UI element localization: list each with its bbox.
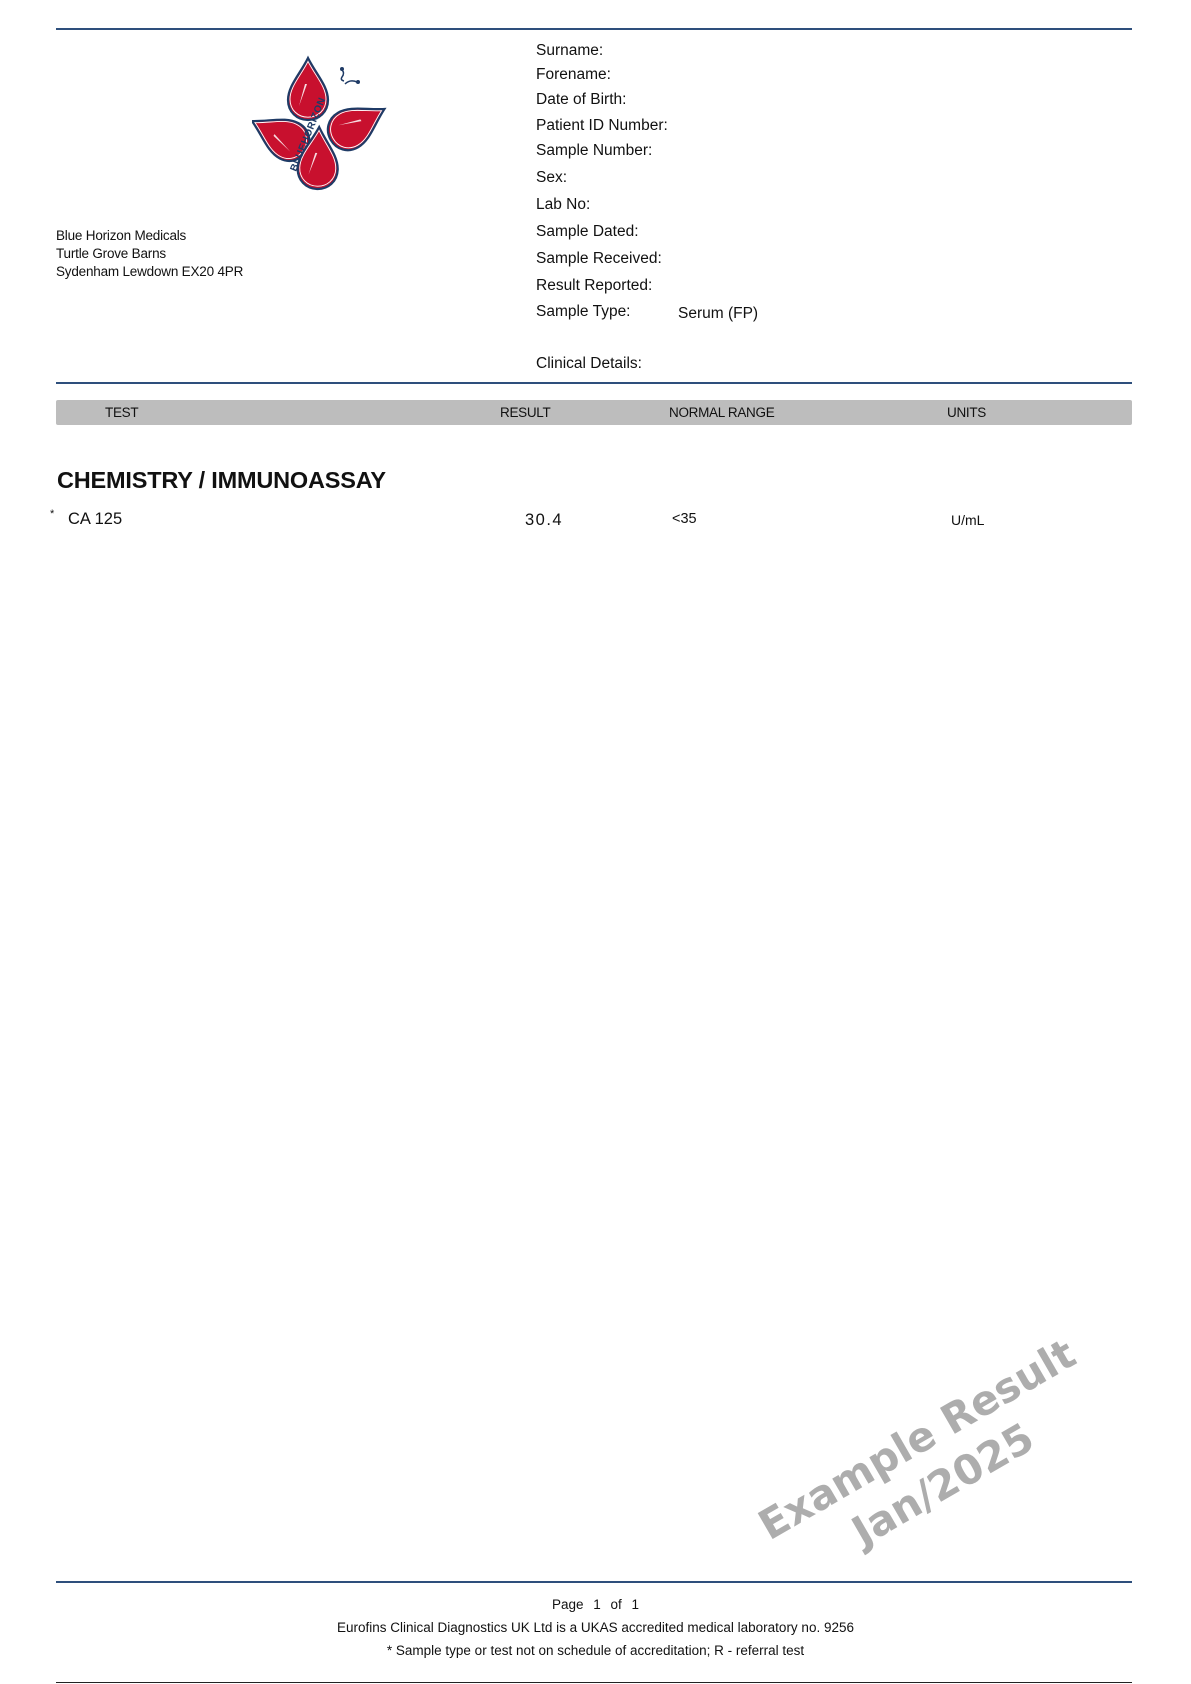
test-units: U/mL [951, 512, 984, 528]
accreditation-marker: * [50, 508, 54, 520]
table-row: * CA 125 30.4 <35 U/mL [0, 505, 1191, 535]
test-normal-range: <35 [672, 511, 697, 527]
field-patient-id-label: Patient ID Number: [536, 117, 668, 135]
field-sex-label: Sex: [536, 169, 567, 187]
blue-horizon-logo: BLUEHORIZON [252, 54, 398, 200]
field-sample-type-label: Sample Type: [536, 303, 631, 321]
page-of: of [611, 1597, 622, 1612]
field-dob-label: Date of Birth: [536, 91, 626, 109]
field-result-reported-label: Result Reported: [536, 277, 652, 295]
accreditation-note: * Sample type or test not on schedule of… [0, 1643, 1191, 1658]
field-sample-number-label: Sample Number: [536, 142, 652, 160]
field-sample-dated-label: Sample Dated: [536, 223, 639, 241]
top-rule [56, 28, 1132, 30]
field-clinical-details-label: Clinical Details: [536, 355, 642, 373]
field-lab-no-label: Lab No: [536, 196, 590, 214]
lab-address-line1: Turtle Grove Barns [56, 245, 166, 263]
column-header-result: RESULT [500, 405, 550, 420]
test-result: 30.4 [525, 511, 563, 530]
column-header-units: UNITS [947, 405, 986, 420]
header-divider [56, 382, 1132, 384]
page-label: Page [552, 1597, 584, 1612]
section-title: CHEMISTRY / IMMUNOASSAY [57, 467, 386, 494]
results-table-header: TEST RESULT NORMAL RANGE UNITS [56, 400, 1132, 425]
page-current: 1 [593, 1597, 601, 1612]
column-header-test: TEST [105, 405, 138, 420]
accreditation-statement: Eurofins Clinical Diagnostics UK Ltd is … [0, 1620, 1191, 1635]
lab-address-line2: Sydenham Lewdown EX20 4PR [56, 263, 243, 281]
bottom-rule [56, 1682, 1132, 1683]
footer-divider [56, 1581, 1132, 1583]
page-indicator: Page 1 of 1 [0, 1597, 1191, 1612]
field-sample-received-label: Sample Received: [536, 250, 662, 268]
field-sample-type-value: Serum (FP) [678, 305, 758, 323]
page-total: 1 [632, 1597, 640, 1612]
test-name: CA 125 [68, 510, 122, 529]
example-result-watermark: Example Result Jan/2025 [739, 1322, 1120, 1602]
lab-name: Blue Horizon Medicals [56, 227, 186, 245]
field-forename-label: Forename: [536, 66, 611, 84]
butterfly-drop-logo-icon: BLUEHORIZON [252, 54, 398, 200]
column-header-normal-range: NORMAL RANGE [669, 405, 774, 420]
field-surname-label: Surname: [536, 42, 603, 60]
